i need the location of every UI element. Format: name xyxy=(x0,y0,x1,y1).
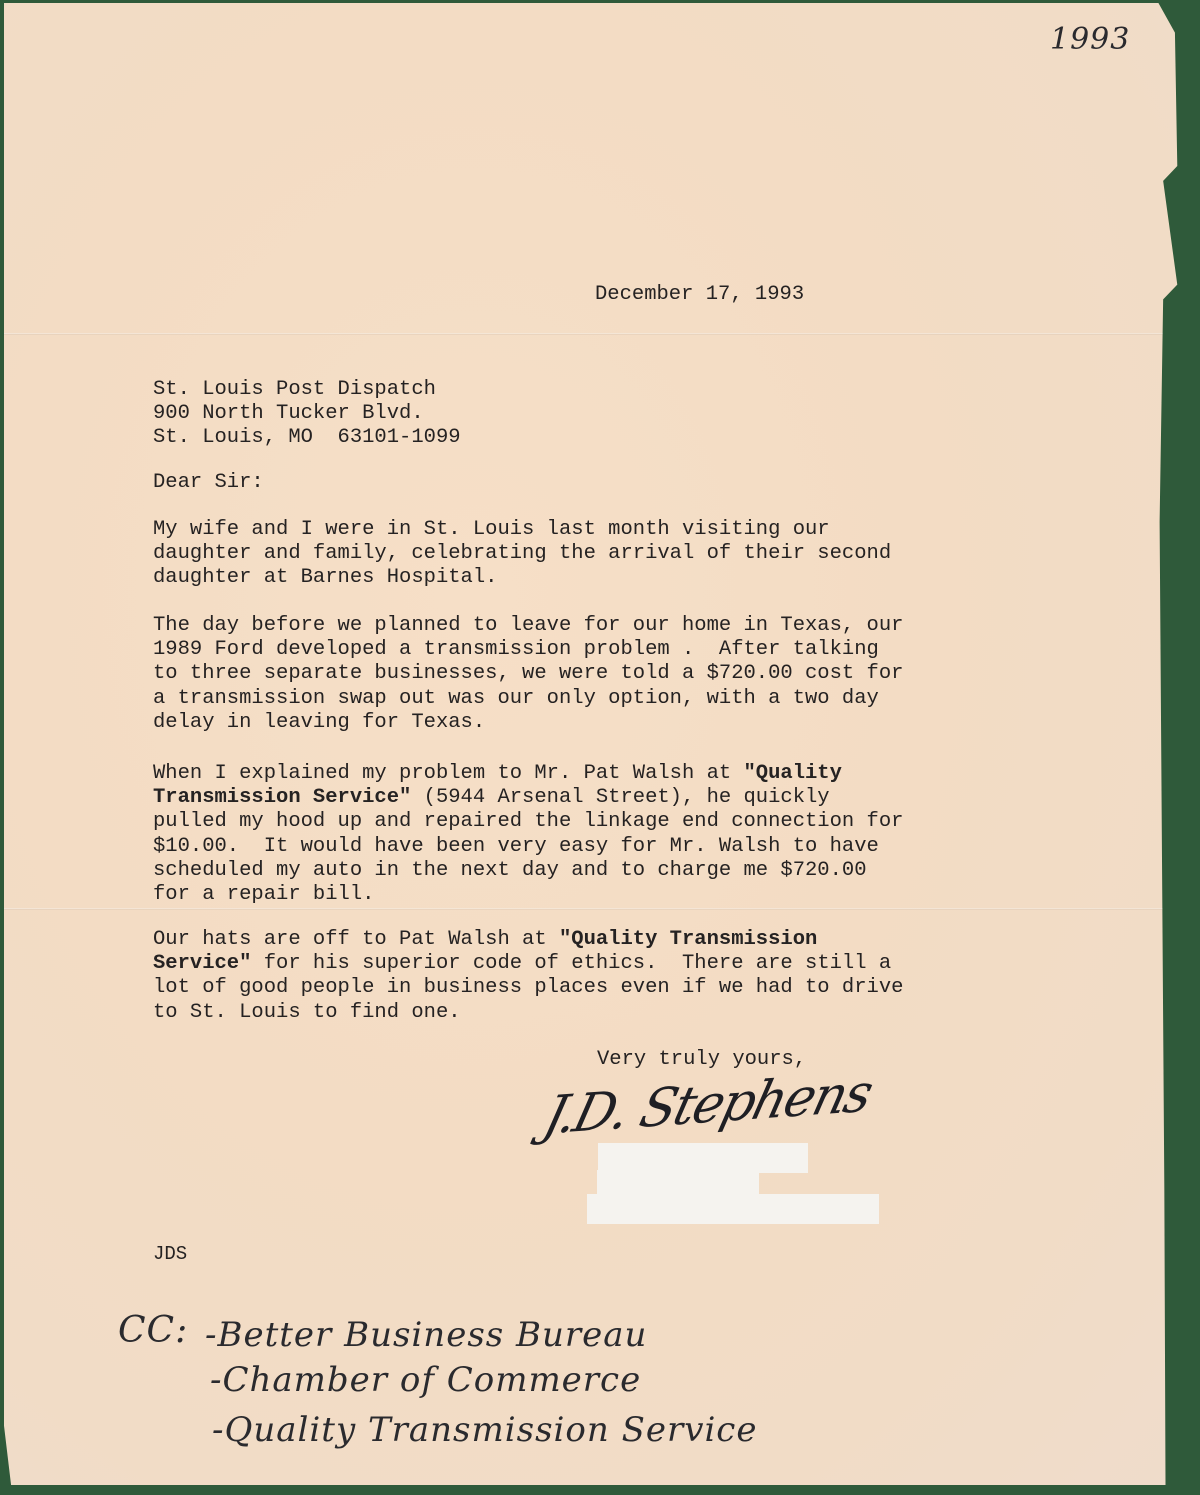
paragraph-line: When I explained my problem to Mr. Pat W… xyxy=(153,762,903,786)
recipient-street: 900 North Tucker Blvd. xyxy=(153,402,461,426)
paper-fold-line xyxy=(4,908,1182,910)
business-name-bold: Service" xyxy=(153,952,251,975)
cc-recipient: -Chamber of Commerce xyxy=(210,1360,641,1400)
paragraph-line: $10.00. It would have been very easy for… xyxy=(153,835,903,859)
redaction-tape xyxy=(587,1194,879,1224)
recipient-city: St. Louis, MO 63101-1099 xyxy=(153,426,461,450)
paragraph-line: The day before we planned to leave for o… xyxy=(153,614,903,638)
text-span: Our hats are off to Pat Walsh at xyxy=(153,928,559,951)
paragraph-line: scheduled my auto in the next day and to… xyxy=(153,859,903,883)
text-span: When I explained my problem to Mr. Pat W… xyxy=(153,762,744,785)
paragraph-2: The day before we planned to leave for o… xyxy=(153,614,903,735)
paragraph-line: to three separate businesses, we were to… xyxy=(153,662,903,686)
cc-recipient: -Better Business Bureau xyxy=(205,1315,647,1355)
letter-date: December 17, 1993 xyxy=(595,283,804,307)
text-span: (5944 Arsenal Street), he quickly xyxy=(411,786,829,809)
recipient-name: St. Louis Post Dispatch xyxy=(153,378,461,402)
paragraph-line: Service" for his superior code of ethics… xyxy=(153,952,903,976)
paragraph-1: My wife and I were in St. Louis last mon… xyxy=(153,518,891,591)
paragraph-line: daughter and family, celebrating the arr… xyxy=(153,542,891,566)
typist-initials: JDS xyxy=(153,1242,187,1266)
paragraph-line: Transmission Service" (5944 Arsenal Stre… xyxy=(153,786,903,810)
redaction-tape xyxy=(598,1143,808,1173)
handwritten-year: 1993 xyxy=(1050,22,1130,57)
business-name-bold: "Quality xyxy=(744,762,842,785)
paragraph-line: delay in leaving for Texas. xyxy=(153,711,903,735)
paragraph-4: Our hats are off to Pat Walsh at "Qualit… xyxy=(153,928,903,1025)
paragraph-line: for a repair bill. xyxy=(153,883,903,907)
paragraph-3: When I explained my problem to Mr. Pat W… xyxy=(153,762,903,907)
business-name-bold: "Quality Transmission xyxy=(559,928,817,951)
paragraph-line: 1989 Ford developed a transmission probl… xyxy=(153,638,903,662)
paragraph-line: lot of good people in business places ev… xyxy=(153,976,903,1000)
paragraph-line: Our hats are off to Pat Walsh at "Qualit… xyxy=(153,928,903,952)
recipient-address: St. Louis Post Dispatch900 North Tucker … xyxy=(153,378,461,451)
salutation: Dear Sir: xyxy=(153,471,264,495)
paragraph-line: to St. Louis to find one. xyxy=(153,1001,903,1025)
cc-label: CC: xyxy=(118,1310,188,1351)
closing: Very truly yours, xyxy=(597,1048,806,1072)
text-span: for his superior code of ethics. There a… xyxy=(251,952,891,975)
paragraph-line: My wife and I were in St. Louis last mon… xyxy=(153,518,891,542)
paragraph-line: a transmission swap out was our only opt… xyxy=(153,687,903,711)
cc-recipient: -Quality Transmission Service xyxy=(212,1410,757,1450)
business-name-bold: Transmission Service" xyxy=(153,786,411,809)
paragraph-line: pulled my hood up and repaired the linka… xyxy=(153,810,903,834)
paper-fold-line xyxy=(4,333,1182,335)
paragraph-line: daughter at Barnes Hospital. xyxy=(153,566,891,590)
